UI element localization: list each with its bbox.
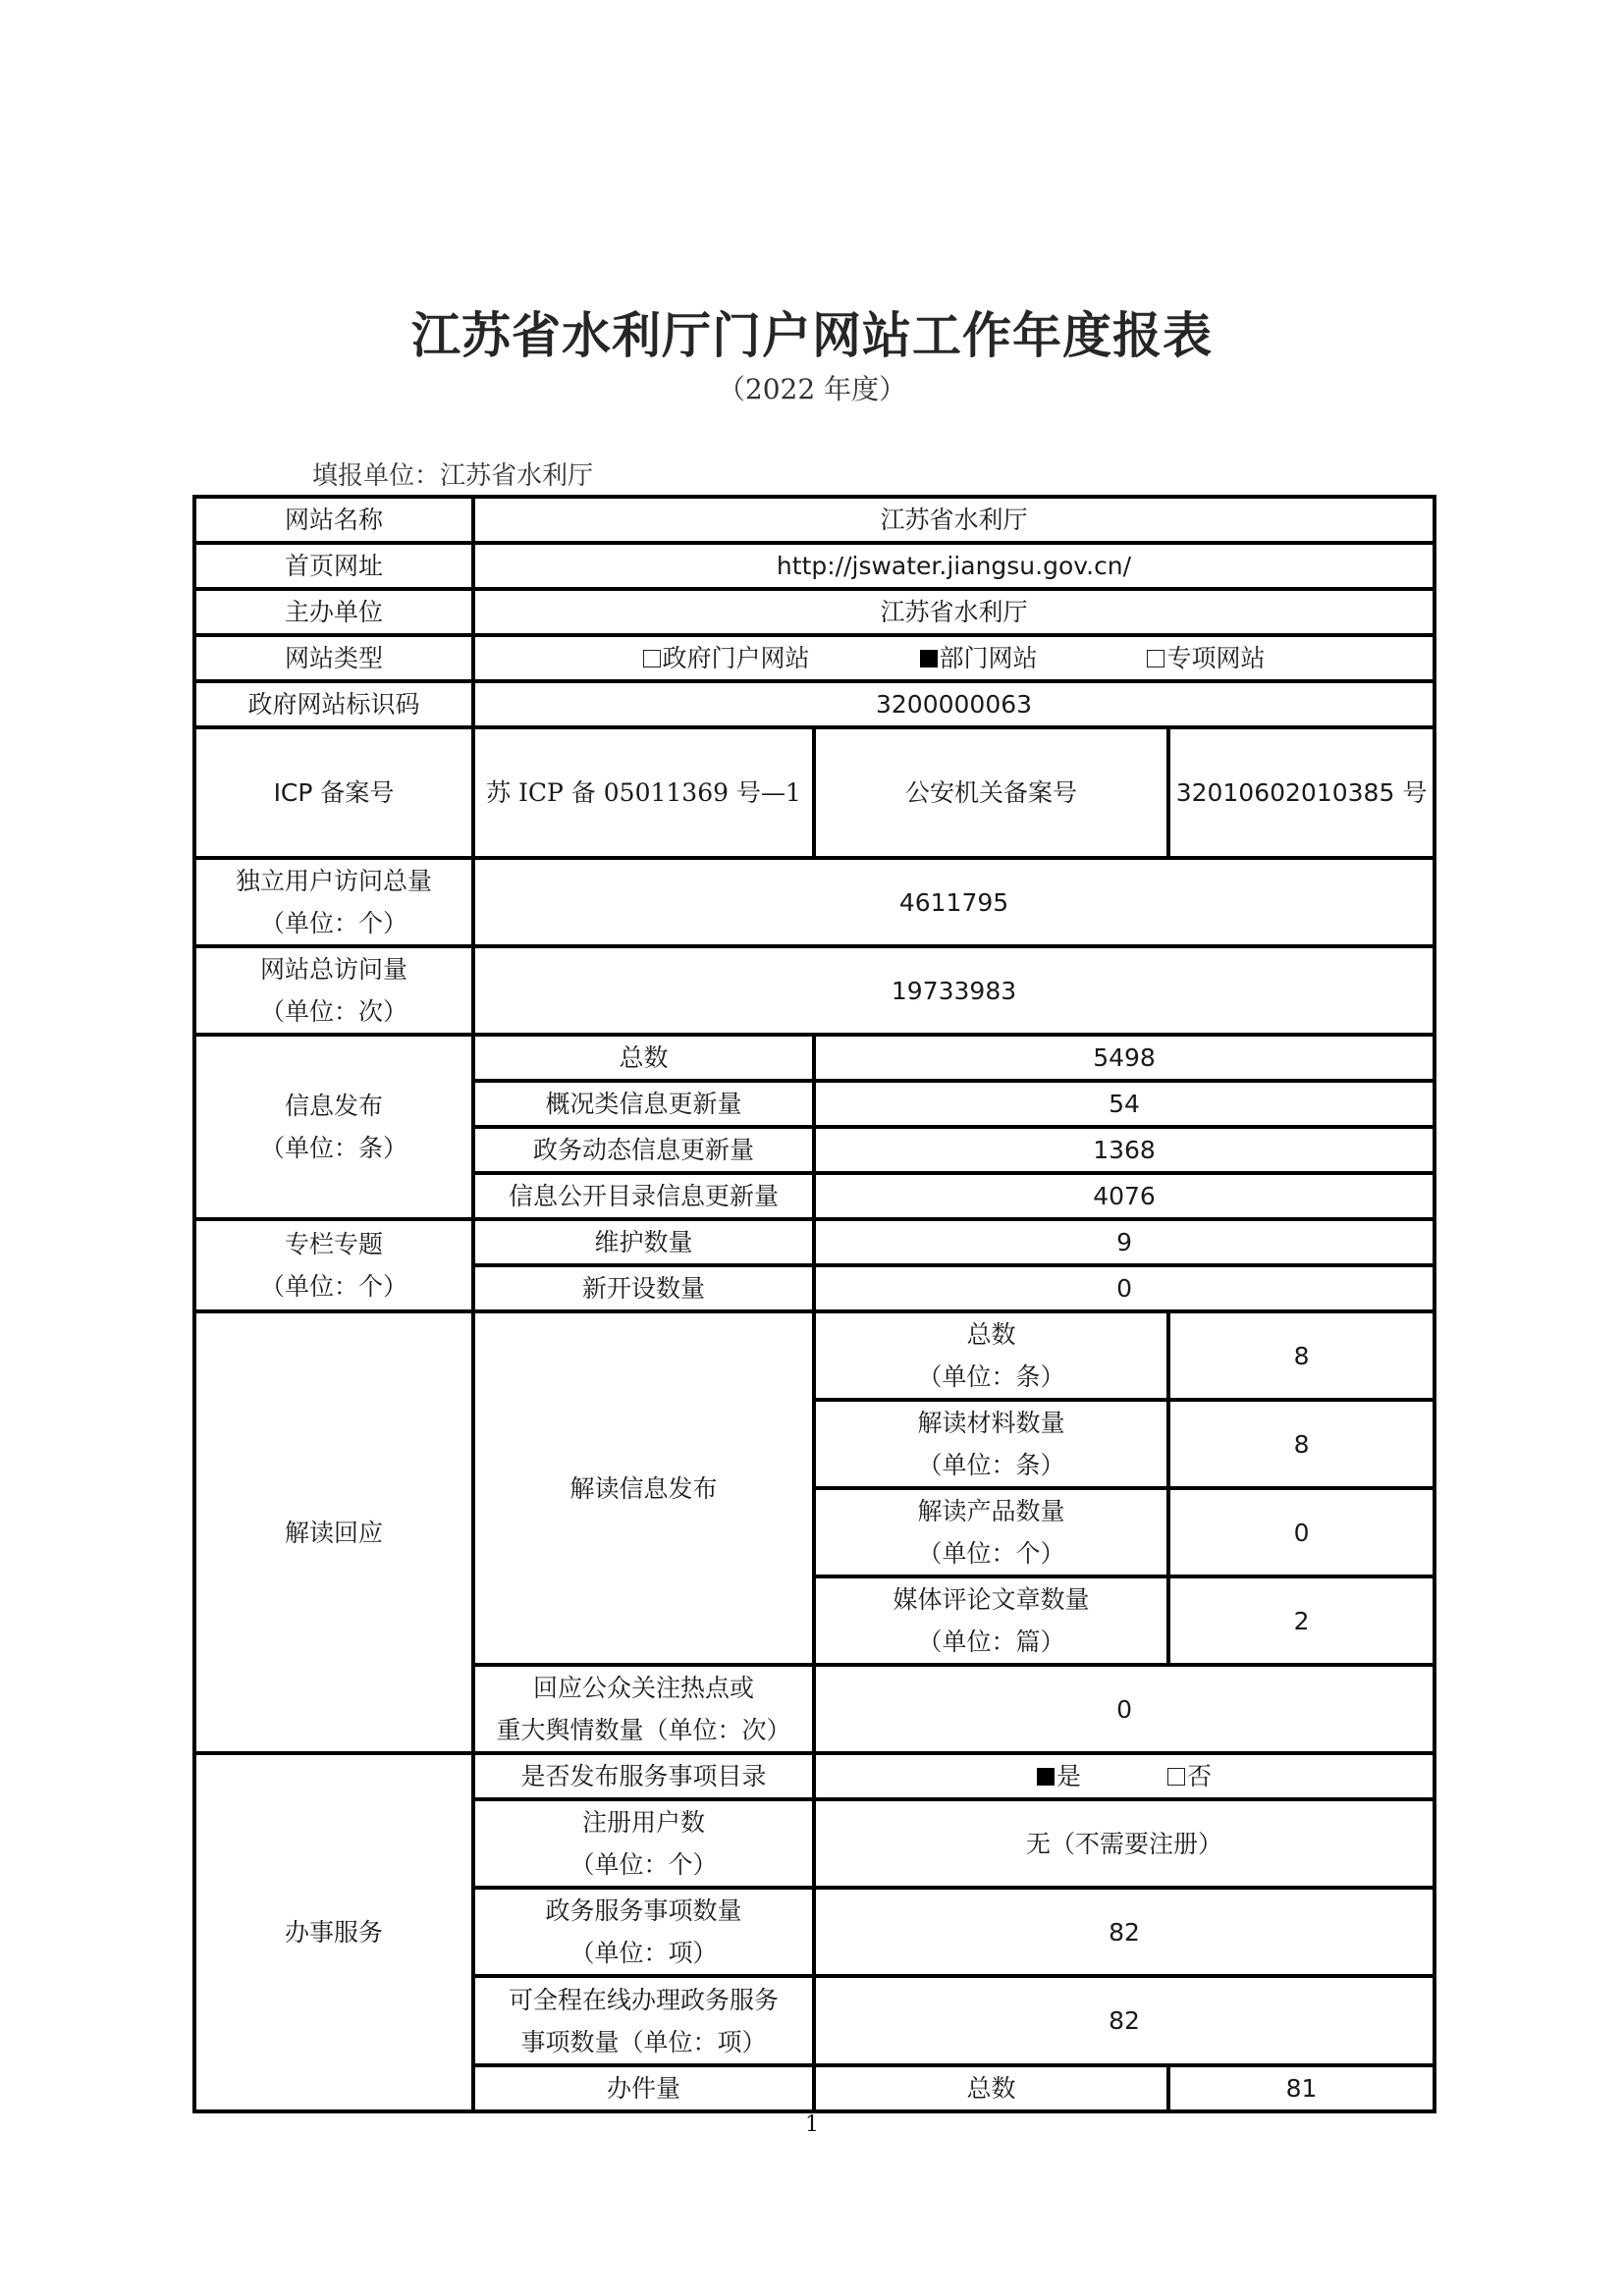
- site-type-option-special: 专项网站: [1147, 637, 1265, 679]
- interp-media-label: 媒体评论文章数量 （单位：篇）: [814, 1576, 1168, 1665]
- online-items-label: 可全程在线办理政务服务 事项数量（单位：项）: [473, 1976, 814, 2065]
- columns-maintained-label: 维护数量: [473, 1219, 814, 1265]
- interpretation-label: 解读回应: [194, 1311, 473, 1753]
- columns-maintained-value: 9: [814, 1219, 1435, 1265]
- site-name-value: 江苏省水利厅: [473, 497, 1435, 543]
- service-items-label: 政务服务事项数量 （单位：项）: [473, 1888, 814, 1976]
- site-code-label: 政府网站标识码: [194, 681, 473, 727]
- sponsor-value: 江苏省水利厅: [473, 589, 1435, 635]
- row-service-catalog: 办事服务 是否发布服务事项目录 是 否: [194, 1753, 1435, 1799]
- info-total-value: 5498: [814, 1035, 1435, 1081]
- row-info-total: 信息发布 （单位：条） 总数 5498: [194, 1035, 1435, 1081]
- registered-users-value: 无（不需要注册）: [814, 1799, 1435, 1888]
- police-record-label: 公安机关备案号: [814, 727, 1168, 858]
- row-site-type: 网站类型 政府门户网站 部门网站 专项网站: [194, 635, 1435, 681]
- info-disclosure-value: 4076: [814, 1173, 1435, 1219]
- police-record-value: 32010602010385 号: [1168, 727, 1435, 858]
- site-type-option-portal: 政府门户网站: [643, 637, 810, 679]
- info-dynamics-label: 政务动态信息更新量: [473, 1127, 814, 1173]
- document-subtitle: （2022 年度）: [0, 368, 1624, 407]
- columns-new-value: 0: [814, 1265, 1435, 1311]
- info-disclosure-label: 信息公开目录信息更新量: [473, 1173, 814, 1219]
- checked-box-icon: [1037, 1768, 1055, 1786]
- page-number: 1: [0, 2112, 1624, 2137]
- info-publish-label: 信息发布 （单位：条）: [194, 1035, 473, 1219]
- catalog-option-no: 否: [1167, 1755, 1212, 1797]
- online-items-value: 82: [814, 1976, 1435, 2065]
- service-items-value: 82: [814, 1888, 1435, 1976]
- homepage-label: 首页网址: [194, 543, 473, 589]
- info-overview-value: 54: [814, 1081, 1435, 1127]
- interp-materials-value: 8: [1168, 1400, 1435, 1488]
- interp-total-label: 总数 （单位：条）: [814, 1311, 1168, 1400]
- interp-response-value: 0: [814, 1665, 1435, 1753]
- registered-users-label: 注册用户数 （单位：个）: [473, 1799, 814, 1888]
- site-type-option-department: 部门网站: [920, 637, 1038, 679]
- service-catalog-label: 是否发布服务事项目录: [473, 1753, 814, 1799]
- site-code-value: 3200000063: [473, 681, 1435, 727]
- site-type-options: 政府门户网站 部门网站 专项网站: [473, 635, 1435, 681]
- interp-products-label: 解读产品数量 （单位：个）: [814, 1488, 1168, 1576]
- case-volume-value: 81: [1168, 2065, 1435, 2111]
- total-visits-label: 网站总访问量 （单位：次）: [194, 946, 473, 1035]
- filler-unit: 填报单位：江苏省水利厅: [312, 455, 593, 492]
- unchecked-box-icon: [1167, 1768, 1185, 1786]
- info-overview-label: 概况类信息更新量: [473, 1081, 814, 1127]
- total-visits-value: 19733983: [473, 946, 1435, 1035]
- interp-total-value: 8: [1168, 1311, 1435, 1400]
- site-name-label: 网站名称: [194, 497, 473, 543]
- unique-visitors-label: 独立用户访问总量 （单位：个）: [194, 858, 473, 946]
- icp-label: ICP 备案号: [194, 727, 473, 858]
- row-icp: ICP 备案号 苏 ICP 备 05011369 号—1 公安机关备案号 320…: [194, 727, 1435, 858]
- row-columns-maintained: 专栏专题 （单位：个） 维护数量 9: [194, 1219, 1435, 1265]
- case-volume-label: 办件量: [473, 2065, 814, 2111]
- document-title: 江苏省水利厅门户网站工作年度报表: [0, 296, 1624, 367]
- info-total-label: 总数: [473, 1035, 814, 1081]
- columns-label: 专栏专题 （单位：个）: [194, 1219, 473, 1311]
- case-volume-sub-label: 总数: [814, 2065, 1168, 2111]
- services-label: 办事服务: [194, 1753, 473, 2111]
- interp-materials-label: 解读材料数量 （单位：条）: [814, 1400, 1168, 1488]
- interpretation-publish-label: 解读信息发布: [473, 1311, 814, 1665]
- row-site-name: 网站名称 江苏省水利厅: [194, 497, 1435, 543]
- unchecked-box-icon: [1147, 650, 1164, 667]
- info-dynamics-value: 1368: [814, 1127, 1435, 1173]
- row-total-visits: 网站总访问量 （单位：次） 19733983: [194, 946, 1435, 1035]
- unchecked-box-icon: [643, 650, 661, 667]
- interp-products-value: 0: [1168, 1488, 1435, 1576]
- catalog-option-yes: 是: [1037, 1755, 1081, 1797]
- row-homepage: 首页网址 http://jswater.jiangsu.gov.cn/: [194, 543, 1435, 589]
- icp-value: 苏 ICP 备 05011369 号—1: [473, 727, 814, 858]
- sponsor-label: 主办单位: [194, 589, 473, 635]
- row-site-code: 政府网站标识码 3200000063: [194, 681, 1435, 727]
- site-type-label: 网站类型: [194, 635, 473, 681]
- service-catalog-options: 是 否: [814, 1753, 1435, 1799]
- unique-visitors-value: 4611795: [473, 858, 1435, 946]
- row-sponsor: 主办单位 江苏省水利厅: [194, 589, 1435, 635]
- row-unique-visitors: 独立用户访问总量 （单位：个） 4611795: [194, 858, 1435, 946]
- report-table: 网站名称 江苏省水利厅 首页网址 http://jswater.jiangsu.…: [192, 495, 1436, 2113]
- checked-box-icon: [920, 650, 938, 667]
- interp-response-label: 回应公众关注热点或 重大舆情数量（单位：次）: [473, 1665, 814, 1753]
- columns-new-label: 新开设数量: [473, 1265, 814, 1311]
- interp-media-value: 2: [1168, 1576, 1435, 1665]
- row-interp-total: 解读回应 解读信息发布 总数 （单位：条） 8: [194, 1311, 1435, 1400]
- homepage-url: http://jswater.jiangsu.gov.cn/: [473, 543, 1435, 589]
